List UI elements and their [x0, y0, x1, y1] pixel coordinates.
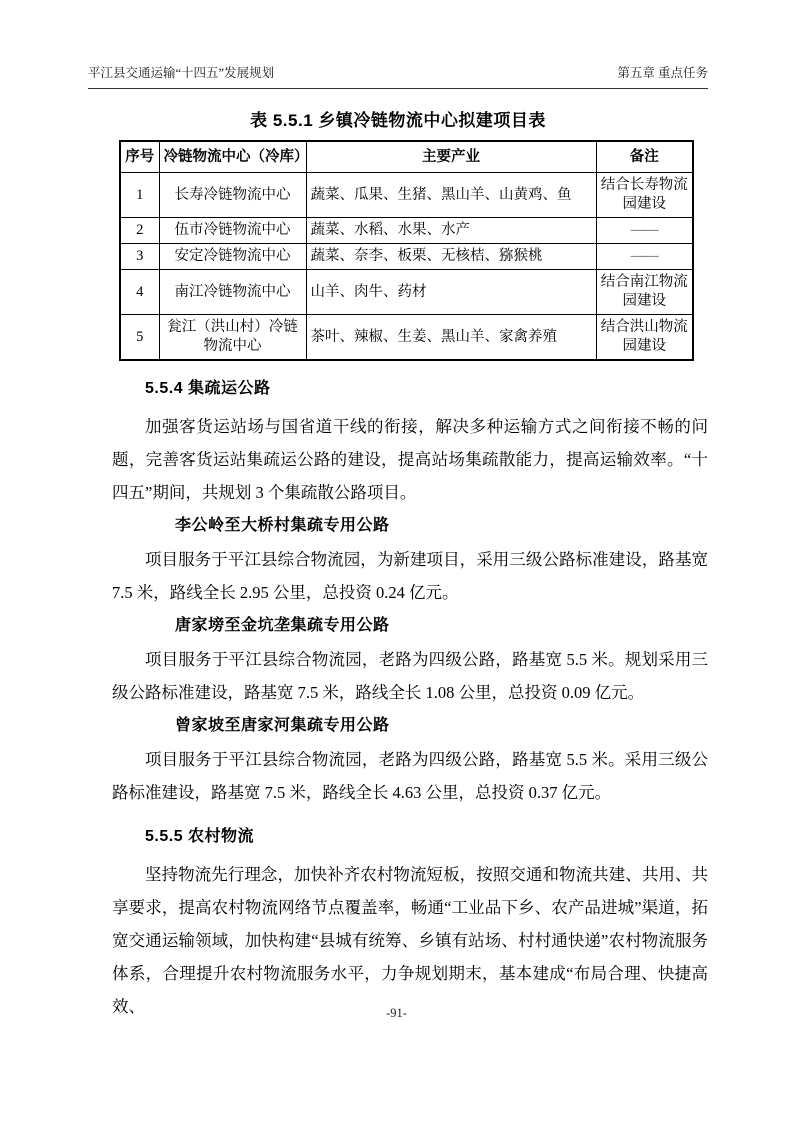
row-industry: 蔬菜、奈李、板栗、无核桔、猕猴桃 — [306, 244, 596, 270]
document-page: 平江县交通运输“十四五”发展规划 第五章 重点任务 表 5.5.1 乡镇冷链物流… — [0, 0, 793, 1122]
col-header-center: 冷链物流中心（冷库） — [159, 141, 306, 173]
table-row: 2 伍市冷链物流中心 蔬菜、水稻、水果、水产 —— — [120, 218, 693, 244]
row-index: 4 — [120, 270, 159, 315]
sub-paragraph: 项目服务于平江县综合物流园，老路为四级公路，路基宽 5.5 米。规划采用三级公路… — [112, 643, 708, 709]
row-industry: 蔬菜、水稻、水果、水产 — [306, 218, 596, 244]
table-header-row: 序号 冷链物流中心（冷库） 主要产业 备注 — [120, 141, 693, 173]
row-remark: —— — [596, 218, 693, 244]
row-index: 5 — [120, 315, 159, 361]
table-row: 4 南江冷链物流中心 山羊、肉牛、药材 结合南江物流园建设 — [120, 270, 693, 315]
section-paragraph: 坚持物流先行理念，加快补齐农村物流短板，按照交通和物流共建、共用、共享要求，提高… — [112, 858, 708, 1023]
page-number: -91- — [0, 1006, 793, 1021]
table-caption: 表 5.5.1 乡镇冷链物流中心拟建项目表 — [88, 106, 708, 131]
table-row: 3 安定冷链物流中心 蔬菜、奈李、板栗、无核桔、猕猴桃 —— — [120, 244, 693, 270]
row-remark: 结合南江物流园建设 — [596, 270, 693, 315]
row-index: 3 — [120, 244, 159, 270]
sub-paragraph: 项目服务于平江县综合物流园，老路为四级公路，路基宽 5.5 米。采用三级公路标准… — [112, 743, 708, 809]
section-5-5-5: 5.5.5 农村物流 坚持物流先行理念，加快补齐农村物流短板，按照交通和物流共建… — [88, 826, 708, 1023]
cold-chain-projects-table: 序号 冷链物流中心（冷库） 主要产业 备注 1 长寿冷链物流中心 蔬菜、瓜果、生… — [119, 140, 694, 361]
row-center-name: 南江冷链物流中心 — [159, 270, 306, 315]
row-center-name: 长寿冷链物流中心 — [159, 173, 306, 218]
header-document-title: 平江县交通运输“十四五”发展规划 — [88, 63, 274, 81]
running-header: 平江县交通运输“十四五”发展规划 第五章 重点任务 — [88, 63, 708, 89]
col-header-industry: 主要产业 — [306, 141, 596, 173]
row-index: 2 — [120, 218, 159, 244]
row-index: 1 — [120, 173, 159, 218]
header-chapter-label: 第五章 重点任务 — [617, 63, 708, 81]
row-industry: 蔬菜、瓜果、生猪、黑山羊、山黄鸡、鱼 — [306, 173, 596, 218]
row-industry: 茶叶、辣椒、生姜、黑山羊、家禽养殖 — [306, 315, 596, 361]
row-center-name: 安定冷链物流中心 — [159, 244, 306, 270]
section-5-5-4: 5.5.4 集疏运公路 加强客货运站场与国省道干线的衔接，解决多种运输方式之间衔… — [88, 378, 708, 809]
section-heading-nongcunwuliu: 5.5.5 农村物流 — [145, 826, 708, 848]
row-remark: —— — [596, 244, 693, 270]
table-row: 5 瓮江（洪山村）冷链物流中心 茶叶、辣椒、生姜、黑山羊、家禽养殖 结合洪山物流… — [120, 315, 693, 361]
empty-remark-dash: —— — [631, 248, 658, 264]
table-row: 1 长寿冷链物流中心 蔬菜、瓜果、生猪、黑山羊、山黄鸡、鱼 结合长寿物流园建设 — [120, 173, 693, 218]
sub-heading-zengjiapo: 曾家坡至唐家河集疏专用公路 — [175, 715, 708, 737]
sub-paragraph: 项目服务于平江县综合物流园，为新建项目，采用三级公路标准建设，路基宽 7.5 米… — [112, 543, 708, 609]
sub-heading-tangjiabang: 唐家塝至金坑垄集疏专用公路 — [175, 615, 708, 637]
col-header-remark: 备注 — [596, 141, 693, 173]
empty-remark-dash: —— — [631, 222, 658, 238]
col-header-index: 序号 — [120, 141, 159, 173]
row-center-name: 瓮江（洪山村）冷链物流中心 — [159, 315, 306, 361]
row-industry: 山羊、肉牛、药材 — [306, 270, 596, 315]
section-heading-jishuyun: 5.5.4 集疏运公路 — [145, 378, 708, 400]
row-remark: 结合洪山物流园建设 — [596, 315, 693, 361]
row-center-name: 伍市冷链物流中心 — [159, 218, 306, 244]
sub-heading-ligongling: 李公岭至大桥村集疏专用公路 — [175, 515, 708, 537]
row-remark: 结合长寿物流园建设 — [596, 173, 693, 218]
section-paragraph: 加强客货运站场与国省道干线的衔接，解决多种运输方式之间衔接不畅的问题，完善客货运… — [112, 410, 708, 509]
